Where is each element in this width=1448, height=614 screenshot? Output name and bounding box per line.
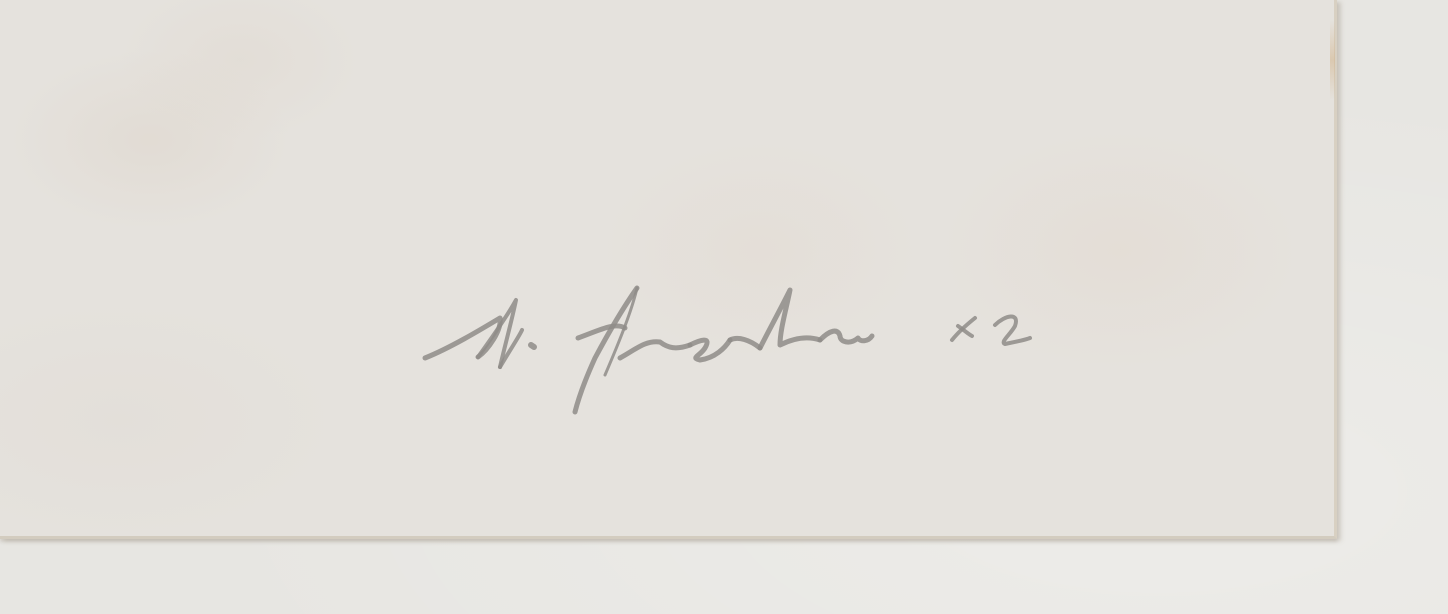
signature-text: M. Frendeu 72: [430, 330, 1030, 410]
edge-stain: [1330, 20, 1335, 100]
paper-sheet: [0, 0, 1337, 539]
